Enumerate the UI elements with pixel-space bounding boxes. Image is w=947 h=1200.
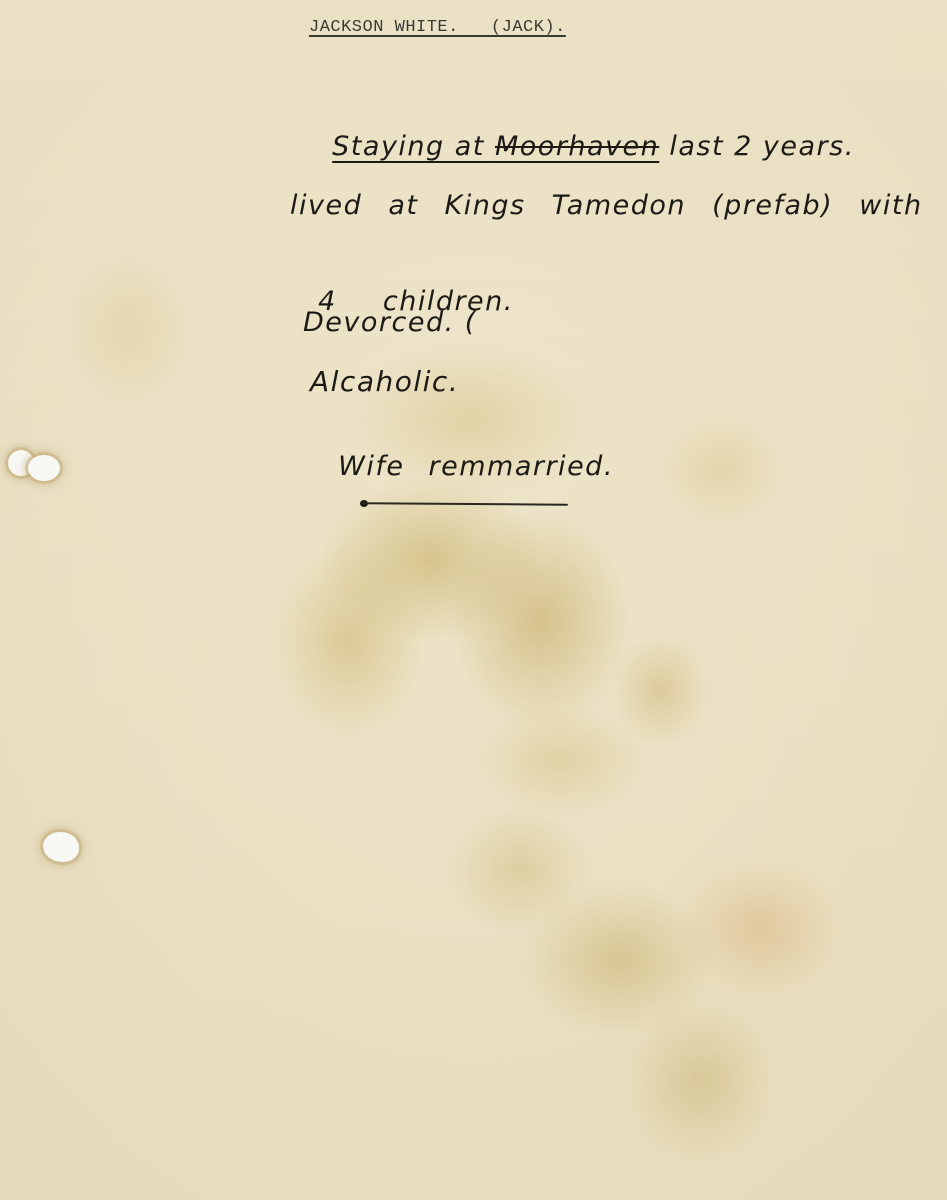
note-line-lived-at: lived at Kings Tamedon (prefab) with wif… <box>290 190 947 221</box>
typed-heading: JACKSON WHITE. (JACK). <box>309 18 566 37</box>
aged-paper-background <box>0 0 947 1200</box>
note-line-divorced: Devorced. ( <box>303 307 477 338</box>
note-location-moorhaven: Moorhaven <box>495 131 659 162</box>
note-wife: Wife <box>338 451 404 482</box>
note-line-wife-remarried: Wiferemmarried. <box>318 420 614 482</box>
note-duration: last 2 years. <box>659 131 855 162</box>
note-staying-prefix: Staying at <box>332 131 495 162</box>
punch-hole-bottom <box>43 832 79 862</box>
note-remarried: remmarried. <box>429 451 614 482</box>
note-line-alcoholic: Alcaholic. <box>310 365 459 398</box>
note-line-staying: Staying at Moorhaven last 2 years. <box>312 100 855 162</box>
punch-hole-top-torn <box>28 455 60 481</box>
